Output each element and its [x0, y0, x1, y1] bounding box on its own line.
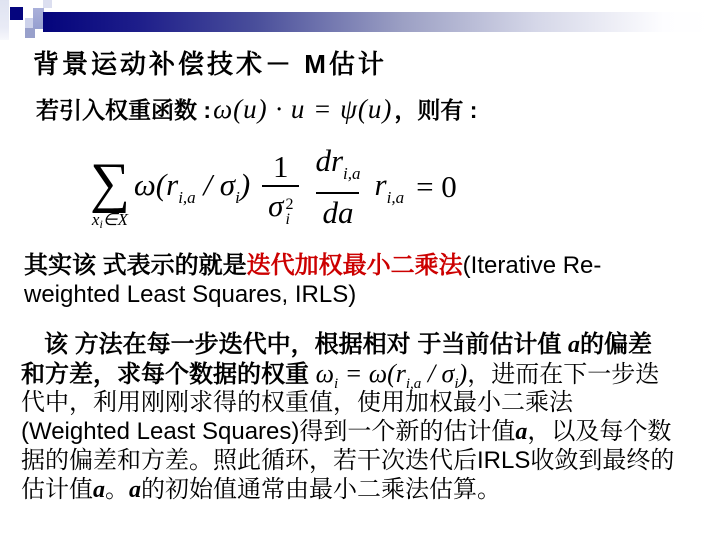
description-line-2: 和方差，求每个数据的权重 ωi = ω(ri,a / σi)，进而在下一步迭 [21, 359, 674, 388]
header-gradient-bar [43, 12, 710, 32]
summation-limits: xi∈X [92, 211, 128, 233]
summation-symbol: ∑ xi∈X [90, 158, 130, 233]
estimate-variable-a: a [93, 477, 105, 503]
irls-statement-line-2: weighted Least Squares, IRLS) [24, 280, 601, 309]
irls-statement-paragraph: 其实该 式表示的就是迭代加权最小二乘法(Iterative Re- weight… [24, 251, 601, 309]
estimate-variable-a: a [129, 477, 141, 503]
corner-gray-square-decoration [25, 28, 35, 38]
intro-suffix: ，则有 : [394, 92, 477, 125]
estimate-variable-a: a [515, 419, 527, 445]
irls-highlight-red-text: 迭代加权最小二乘法 [247, 252, 463, 279]
intro-line: 若引入权重函数 :ω(u) · u = ψ(u)，则有 : [36, 92, 477, 125]
irls-lead-text: 其实该 式表示的就是 [24, 252, 247, 279]
description-line-1: 该 方法在每一步迭代中，根据相对 于当前估计值 a的偏差 [21, 330, 674, 359]
irls-acronym: IRLS [477, 447, 530, 474]
presentation-slide: 背景运动补偿技术－ M估计 若引入权重函数 :ω(u) · u = ψ(u)，则… [0, 0, 720, 540]
wls-english-name: (Weighted Least Squares) [21, 418, 299, 445]
weight-term: ω(ri,a / σi) [134, 167, 250, 208]
equals-zero: = 0 [416, 169, 457, 205]
corner-light-square-decoration [43, 0, 52, 8]
corner-navy-square-decoration [10, 7, 23, 20]
weight-inline-formula: ωi = ω(ri,a / σi) [316, 359, 468, 388]
weight-function-inline-formula: ω(u) · u = ψ(u) [211, 94, 394, 125]
sigma-squared: σ2i [262, 185, 299, 225]
irls-description-paragraph: 该 方法在每一步迭代中，根据相对 于当前估计值 a的偏差 和方差，求每个数据的权… [21, 330, 674, 504]
m-estimation-equation: ∑ xi∈X ω(ri,a / σi) 1 σ2i dri,a da ri,a … [90, 142, 457, 232]
description-line-3: 代中，利用刚刚求得的权重值，使用加权最小二乘法 [21, 388, 674, 417]
description-line-6: 估计值a。a的初始值通常由最小二乘法估算。 [21, 475, 674, 504]
slide-title: 背景运动补偿技术－ M估计 [33, 44, 387, 81]
irls-english-name-part1: (Iterative Re- [463, 252, 602, 279]
irls-statement-line-1: 其实该 式表示的就是迭代加权最小二乘法(Iterative Re- [24, 251, 601, 280]
irls-english-name-part2: weighted Least Squares, IRLS) [24, 281, 356, 308]
corner-small-light-square-decoration [25, 18, 33, 28]
residual-term: ri,a [375, 167, 405, 208]
description-line-4: (Weighted Least Squares)得到一个新的估计值a，以及每个数 [21, 417, 674, 446]
estimate-variable-a: a [568, 332, 580, 358]
intro-prefix: 若引入权重函数 : [36, 92, 211, 125]
description-line-5: 据的偏差和方差。照此循环，若干次迭代后IRLS收敛到最终的 [21, 446, 674, 475]
corner-strip-decoration [0, 0, 9, 40]
inverse-variance-fraction: 1 σ2i [262, 149, 299, 225]
derivative-fraction: dri,a da [309, 143, 366, 232]
